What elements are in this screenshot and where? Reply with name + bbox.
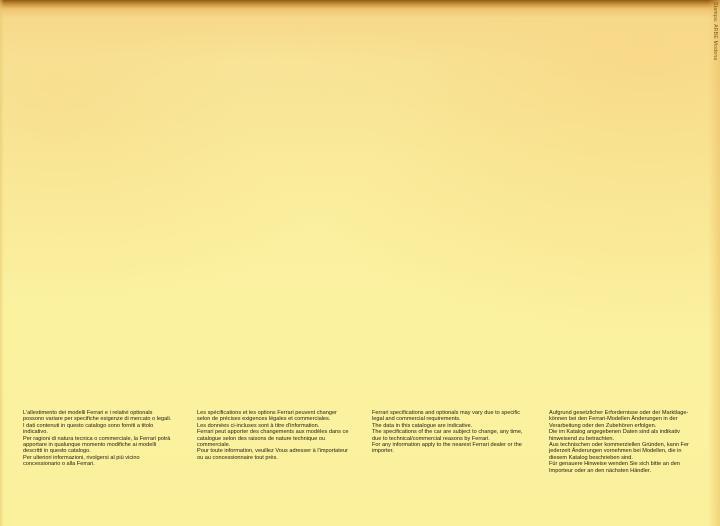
- disclaimer-english: Ferrari specifications and optionals may…: [372, 410, 537, 455]
- disclaimer-line: Pour toute information, veuillez Vous ad…: [197, 448, 362, 454]
- disclaimer-line: possono variare per specifiche esigenze …: [23, 416, 183, 422]
- disclaimer-german: Aufgrund gesetzlicher Erfordernisse oder…: [549, 410, 711, 474]
- catalogue-page: Stampa: ARBE Modena L'allestimento dei m…: [0, 0, 720, 526]
- disclaimer-line: The specifications of the car are subjec…: [372, 429, 537, 435]
- page-edge-left: [0, 0, 4, 526]
- disclaimer-french: Les spécifications et les options Ferrar…: [197, 410, 362, 461]
- disclaimer-line: importer.: [372, 448, 537, 454]
- disclaimer-line: ou au concessionnaire tout près.: [197, 455, 362, 461]
- printer-credit: Stampa: ARBE Modena: [712, 2, 718, 61]
- disclaimer-line: Ferrari peut apporter des changements au…: [197, 429, 362, 435]
- disclaimer-line: Importeur oder an den nächsten Händler.: [549, 468, 711, 474]
- disclaimer-line: concessionario o alla Ferrari.: [23, 461, 183, 467]
- disclaimer-line: For any information apply to the nearest…: [372, 442, 537, 448]
- disclaimer-italian: L'allestimento dei modelli Ferrari e i r…: [23, 410, 183, 468]
